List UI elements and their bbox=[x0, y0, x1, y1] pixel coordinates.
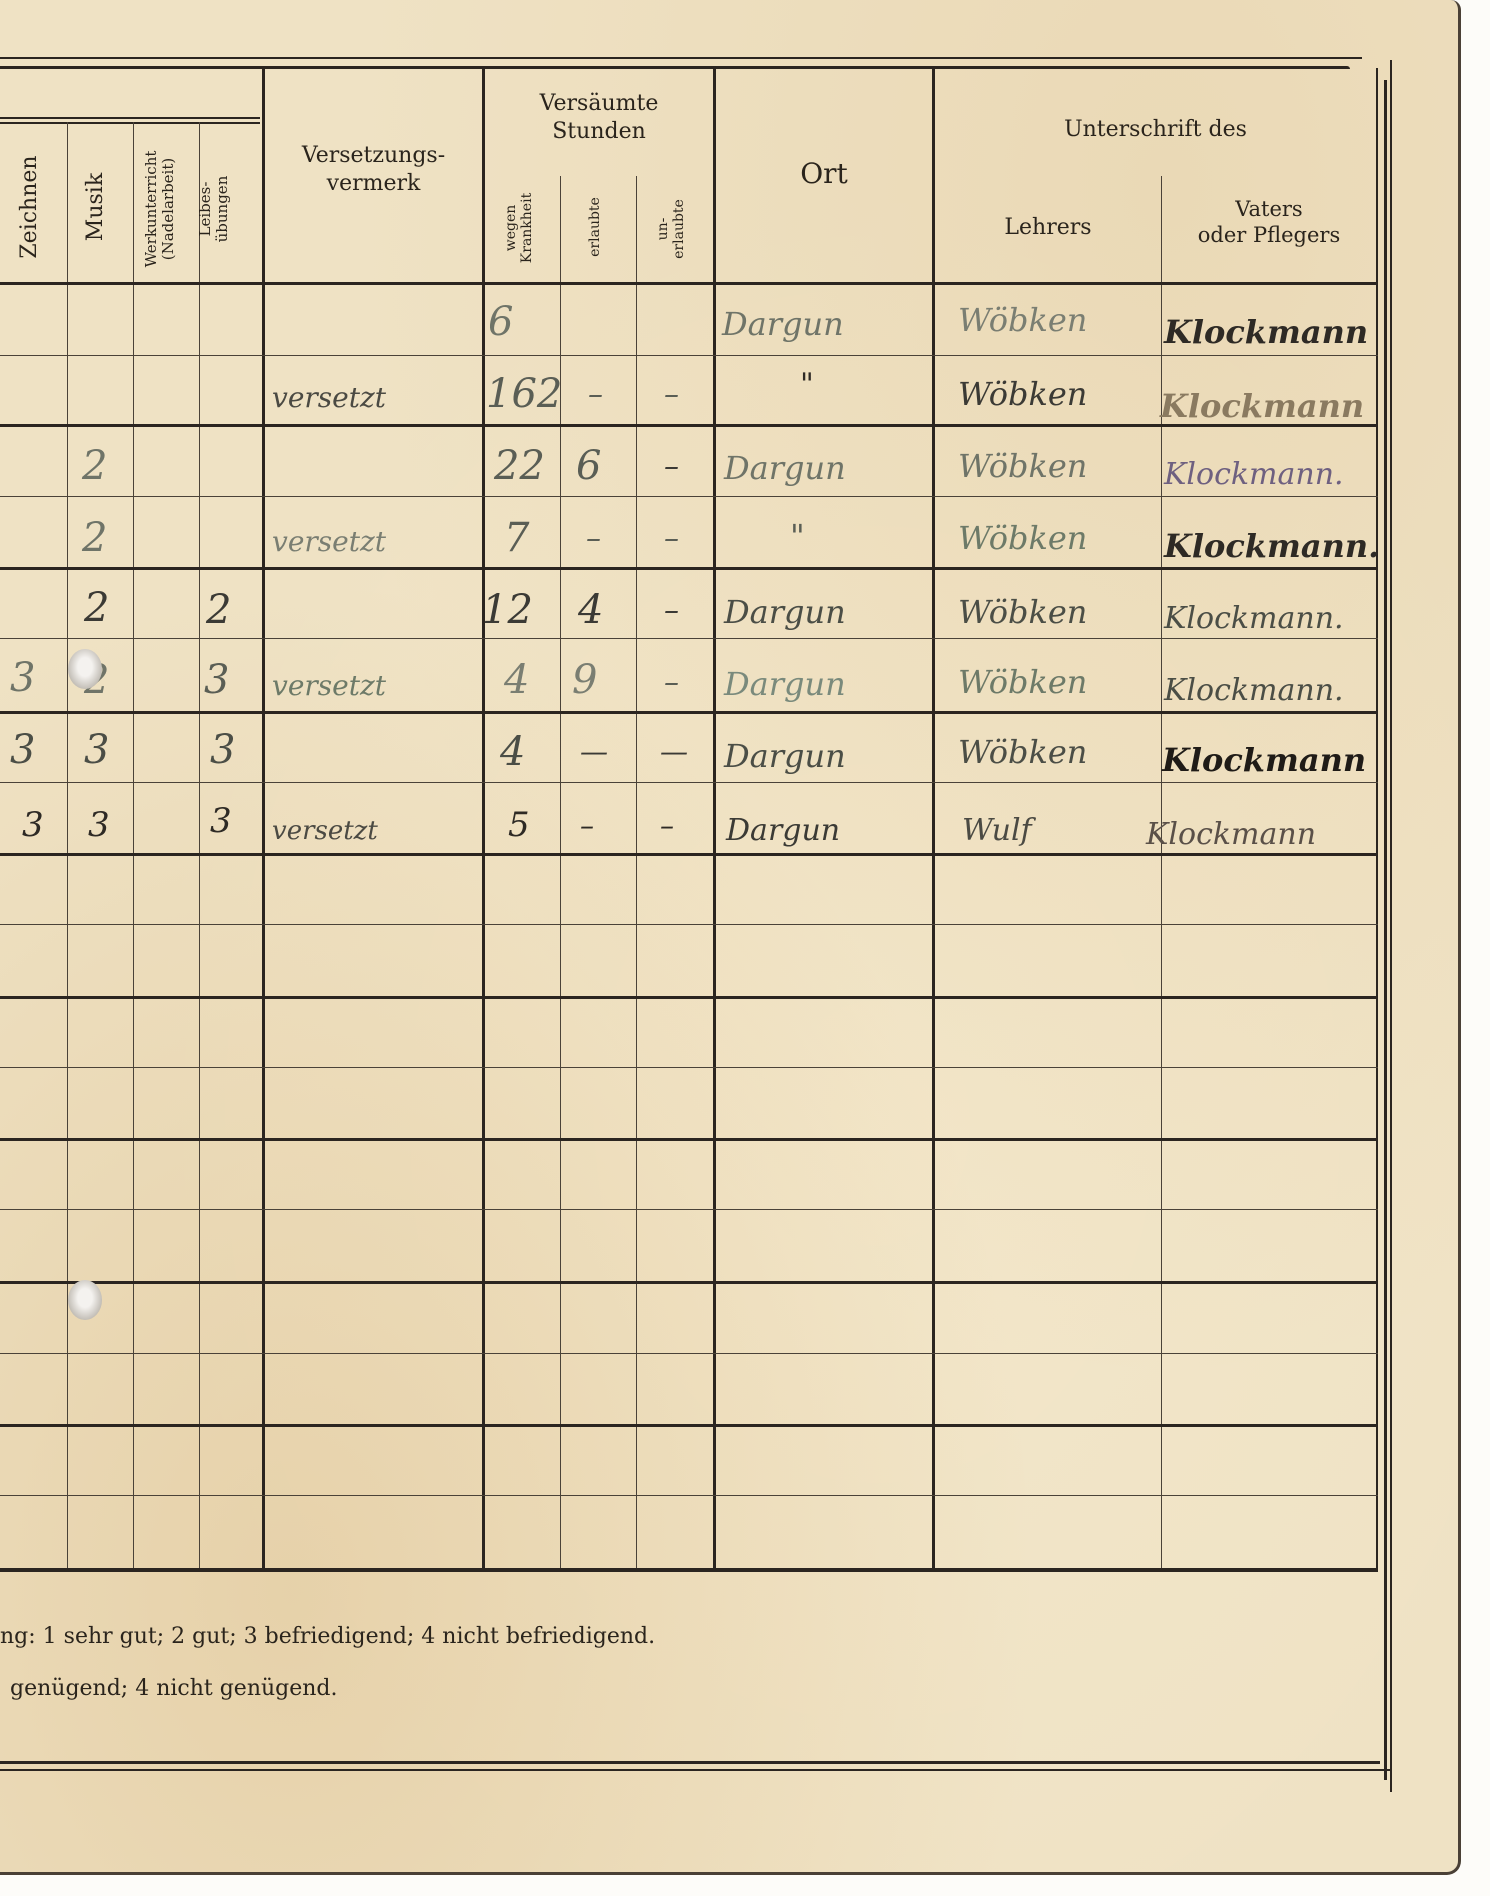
cell-ort: Dargun bbox=[726, 816, 840, 846]
cell-erlaubte: 6 bbox=[576, 446, 601, 486]
header-leibes-line1: Leibes- bbox=[196, 182, 214, 237]
header-versetzungsvermerk: Versetzungs- vermerk bbox=[265, 142, 482, 197]
col-line-thick bbox=[262, 68, 265, 1568]
cell-lehrer-signature: Wöbken bbox=[958, 666, 1087, 698]
header-unerlaubte: un- erlaubte bbox=[655, 181, 693, 277]
cell-ort: Dargun bbox=[724, 452, 846, 484]
frame-bottom-outer-line bbox=[0, 1769, 1392, 1771]
cell-vater-signature: Klockmann bbox=[1160, 390, 1364, 422]
cell-krankheit: 6 bbox=[488, 302, 513, 342]
row-line-thick bbox=[0, 853, 1378, 856]
row-line bbox=[0, 782, 1378, 783]
cell-vater-signature: Klockmann. bbox=[1164, 676, 1344, 706]
frame-top-outer-line bbox=[0, 57, 1362, 59]
cell-zeichnen: 3 bbox=[10, 658, 35, 698]
header-vaters-line1: Vaters bbox=[1235, 197, 1302, 221]
cell-vater-signature: Klockmann bbox=[1146, 820, 1316, 850]
col-line-thick bbox=[482, 68, 485, 1568]
punch-hole bbox=[68, 1280, 102, 1320]
cell-ort-ditto: " bbox=[800, 370, 814, 400]
row-line bbox=[0, 638, 1378, 639]
header-bottom-line bbox=[0, 282, 1378, 285]
header-werkunterricht-line2: (Nadelarbeit) bbox=[159, 158, 177, 260]
header-werkunterricht-line1: Werkunterricht bbox=[142, 151, 160, 268]
grading-legend-line2: genügend; 4 nicht genügend. bbox=[10, 1676, 338, 1701]
cell-krankheit: 162 bbox=[486, 374, 562, 414]
col-line bbox=[636, 176, 637, 1568]
cell-krankheit: 7 bbox=[504, 518, 529, 558]
cell-unerlaubte: — bbox=[660, 738, 688, 766]
cell-erlaubte: 9 bbox=[572, 660, 597, 700]
cell-versetzung: versetzt bbox=[272, 672, 386, 700]
cell-krankheit: 4 bbox=[504, 660, 529, 700]
row-line-thick bbox=[0, 711, 1378, 714]
frame-top-inner-line bbox=[0, 66, 1350, 69]
row-line bbox=[0, 355, 1378, 356]
header-ort: Ort bbox=[716, 156, 932, 191]
cell-musik: 3 bbox=[88, 808, 110, 842]
cell-musik: 2 bbox=[84, 588, 109, 628]
row-line bbox=[0, 496, 1378, 497]
row-line bbox=[0, 1353, 1378, 1354]
row-line bbox=[0, 924, 1378, 925]
col-line bbox=[1161, 176, 1162, 1568]
cell-unerlaubte: – bbox=[664, 596, 679, 626]
punch-hole bbox=[68, 649, 102, 689]
cell-ort: Dargun bbox=[724, 740, 846, 772]
cell-vater-signature: Klockmann. bbox=[1164, 530, 1379, 562]
header-zeichnen: Zeichnen bbox=[17, 153, 51, 261]
cell-unerlaubte: – bbox=[664, 380, 679, 410]
cell-versetzung: versetzt bbox=[272, 818, 378, 844]
cell-lehrer-signature: Wöbken bbox=[958, 736, 1087, 768]
cell-versetzung: versetzt bbox=[272, 528, 386, 556]
subheader-line bbox=[0, 122, 260, 124]
cell-ort: Dargun bbox=[722, 308, 844, 340]
header-unerlaubte-line2: erlaubte bbox=[671, 199, 687, 259]
cell-versetzung: versetzt bbox=[272, 384, 386, 412]
frame-right-inner-line bbox=[1384, 80, 1387, 1780]
header-versaeumte-line1: Versäumte bbox=[540, 91, 659, 116]
cell-vater-signature: Klockmann bbox=[1164, 316, 1368, 348]
row-line-thick bbox=[0, 996, 1378, 999]
cell-unerlaubte: – bbox=[660, 812, 674, 840]
col-line-thick bbox=[713, 68, 716, 1568]
cell-vater-signature: Klockmann. bbox=[1164, 604, 1344, 634]
header-versaeumte-stunden: Versäumte Stunden bbox=[485, 90, 713, 145]
row-line-thick bbox=[0, 567, 1378, 570]
header-erlaubte: erlaubte bbox=[587, 182, 609, 272]
cell-erlaubte: – bbox=[580, 812, 594, 840]
header-krankheit-line1: wegen bbox=[503, 205, 519, 252]
cell-krankheit: 4 bbox=[500, 732, 525, 772]
col-line bbox=[133, 122, 134, 1568]
cell-leibes: 2 bbox=[206, 590, 231, 630]
cell-ort-ditto: " bbox=[790, 520, 805, 552]
header-musik: Musik bbox=[83, 153, 117, 261]
cell-musik: 2 bbox=[82, 446, 107, 486]
col-line bbox=[67, 122, 68, 1568]
header-unterschrift-des: Unterschrift des bbox=[935, 116, 1376, 144]
row-line bbox=[0, 1067, 1378, 1068]
cell-unerlaubte: – bbox=[664, 524, 679, 554]
header-leibes-line2: übungen bbox=[213, 176, 231, 243]
cell-vater-signature: Klockmann. bbox=[1164, 460, 1344, 490]
row-line-thick bbox=[0, 1424, 1378, 1427]
header-wegen-krankheit: wegen Krankheit bbox=[503, 173, 543, 283]
header-leibesuebungen: Leibes- übungen bbox=[197, 159, 243, 259]
header-werkunterricht: Werkunterricht (Nadelarbeit) bbox=[143, 129, 189, 289]
cell-musik: 2 bbox=[82, 518, 107, 558]
cell-lehrer-signature: Wöbken bbox=[958, 596, 1087, 628]
header-versetzung-line2: vermerk bbox=[327, 171, 421, 196]
cell-vater-signature: Klockmann bbox=[1162, 744, 1366, 776]
cell-lehrer-signature: Wöbken bbox=[958, 378, 1087, 410]
header-lehrers: Lehrers bbox=[935, 214, 1161, 242]
cell-unerlaubte: – bbox=[664, 668, 679, 698]
cell-erlaubte: — bbox=[580, 738, 608, 766]
cell-lehrer-signature: Wulf bbox=[962, 816, 1032, 846]
cell-unerlaubte: – bbox=[664, 452, 679, 482]
col-line bbox=[199, 122, 200, 1568]
cell-krankheit: 12 bbox=[482, 590, 533, 630]
subheader-line bbox=[0, 117, 260, 119]
row-line-thick bbox=[0, 1138, 1378, 1141]
row-line-thick bbox=[0, 1281, 1378, 1284]
cell-leibes: 3 bbox=[204, 660, 229, 700]
cell-lehrer-signature: Wöbken bbox=[958, 522, 1087, 554]
row-line bbox=[0, 1495, 1378, 1496]
col-line-right bbox=[1376, 68, 1378, 1568]
cell-erlaubte: – bbox=[588, 380, 603, 410]
cell-leibes: 3 bbox=[210, 730, 235, 770]
col-line-thick bbox=[932, 68, 935, 1568]
cell-lehrer-signature: Wöbken bbox=[958, 450, 1087, 482]
cell-krankheit: 5 bbox=[508, 808, 530, 842]
cell-erlaubte: – bbox=[586, 524, 601, 554]
grading-legend-line1: ng: 1 sehr gut; 2 gut; 3 befriedigend; 4… bbox=[0, 1624, 655, 1649]
cell-zeichnen: 3 bbox=[10, 730, 35, 770]
frame-right-outer-line bbox=[1390, 60, 1392, 1792]
cell-zeichnen: 3 bbox=[22, 808, 44, 842]
cell-leibes: 3 bbox=[210, 804, 232, 838]
header-krankheit-line2: Krankheit bbox=[519, 193, 535, 263]
row-line bbox=[0, 1209, 1378, 1210]
cell-musik: 3 bbox=[84, 730, 109, 770]
cell-erlaubte: 4 bbox=[578, 590, 603, 630]
header-vaters-oder-pflegers: Vaters oder Pflegers bbox=[1162, 196, 1376, 249]
header-versetzung-line1: Versetzungs- bbox=[302, 143, 445, 168]
header-unerlaubte-line1: un- bbox=[655, 218, 671, 241]
cell-lehrer-signature: Wöbken bbox=[958, 304, 1087, 336]
frame-bottom-inner-line bbox=[0, 1761, 1380, 1764]
header-vaters-line2: oder Pflegers bbox=[1198, 223, 1340, 247]
cell-ort: Dargun bbox=[724, 596, 846, 628]
cell-krankheit: 22 bbox=[494, 446, 545, 486]
table-bottom-line bbox=[0, 1568, 1378, 1572]
cell-ort: Dargun bbox=[724, 668, 846, 700]
header-versaeumte-line2: Stunden bbox=[552, 119, 646, 144]
